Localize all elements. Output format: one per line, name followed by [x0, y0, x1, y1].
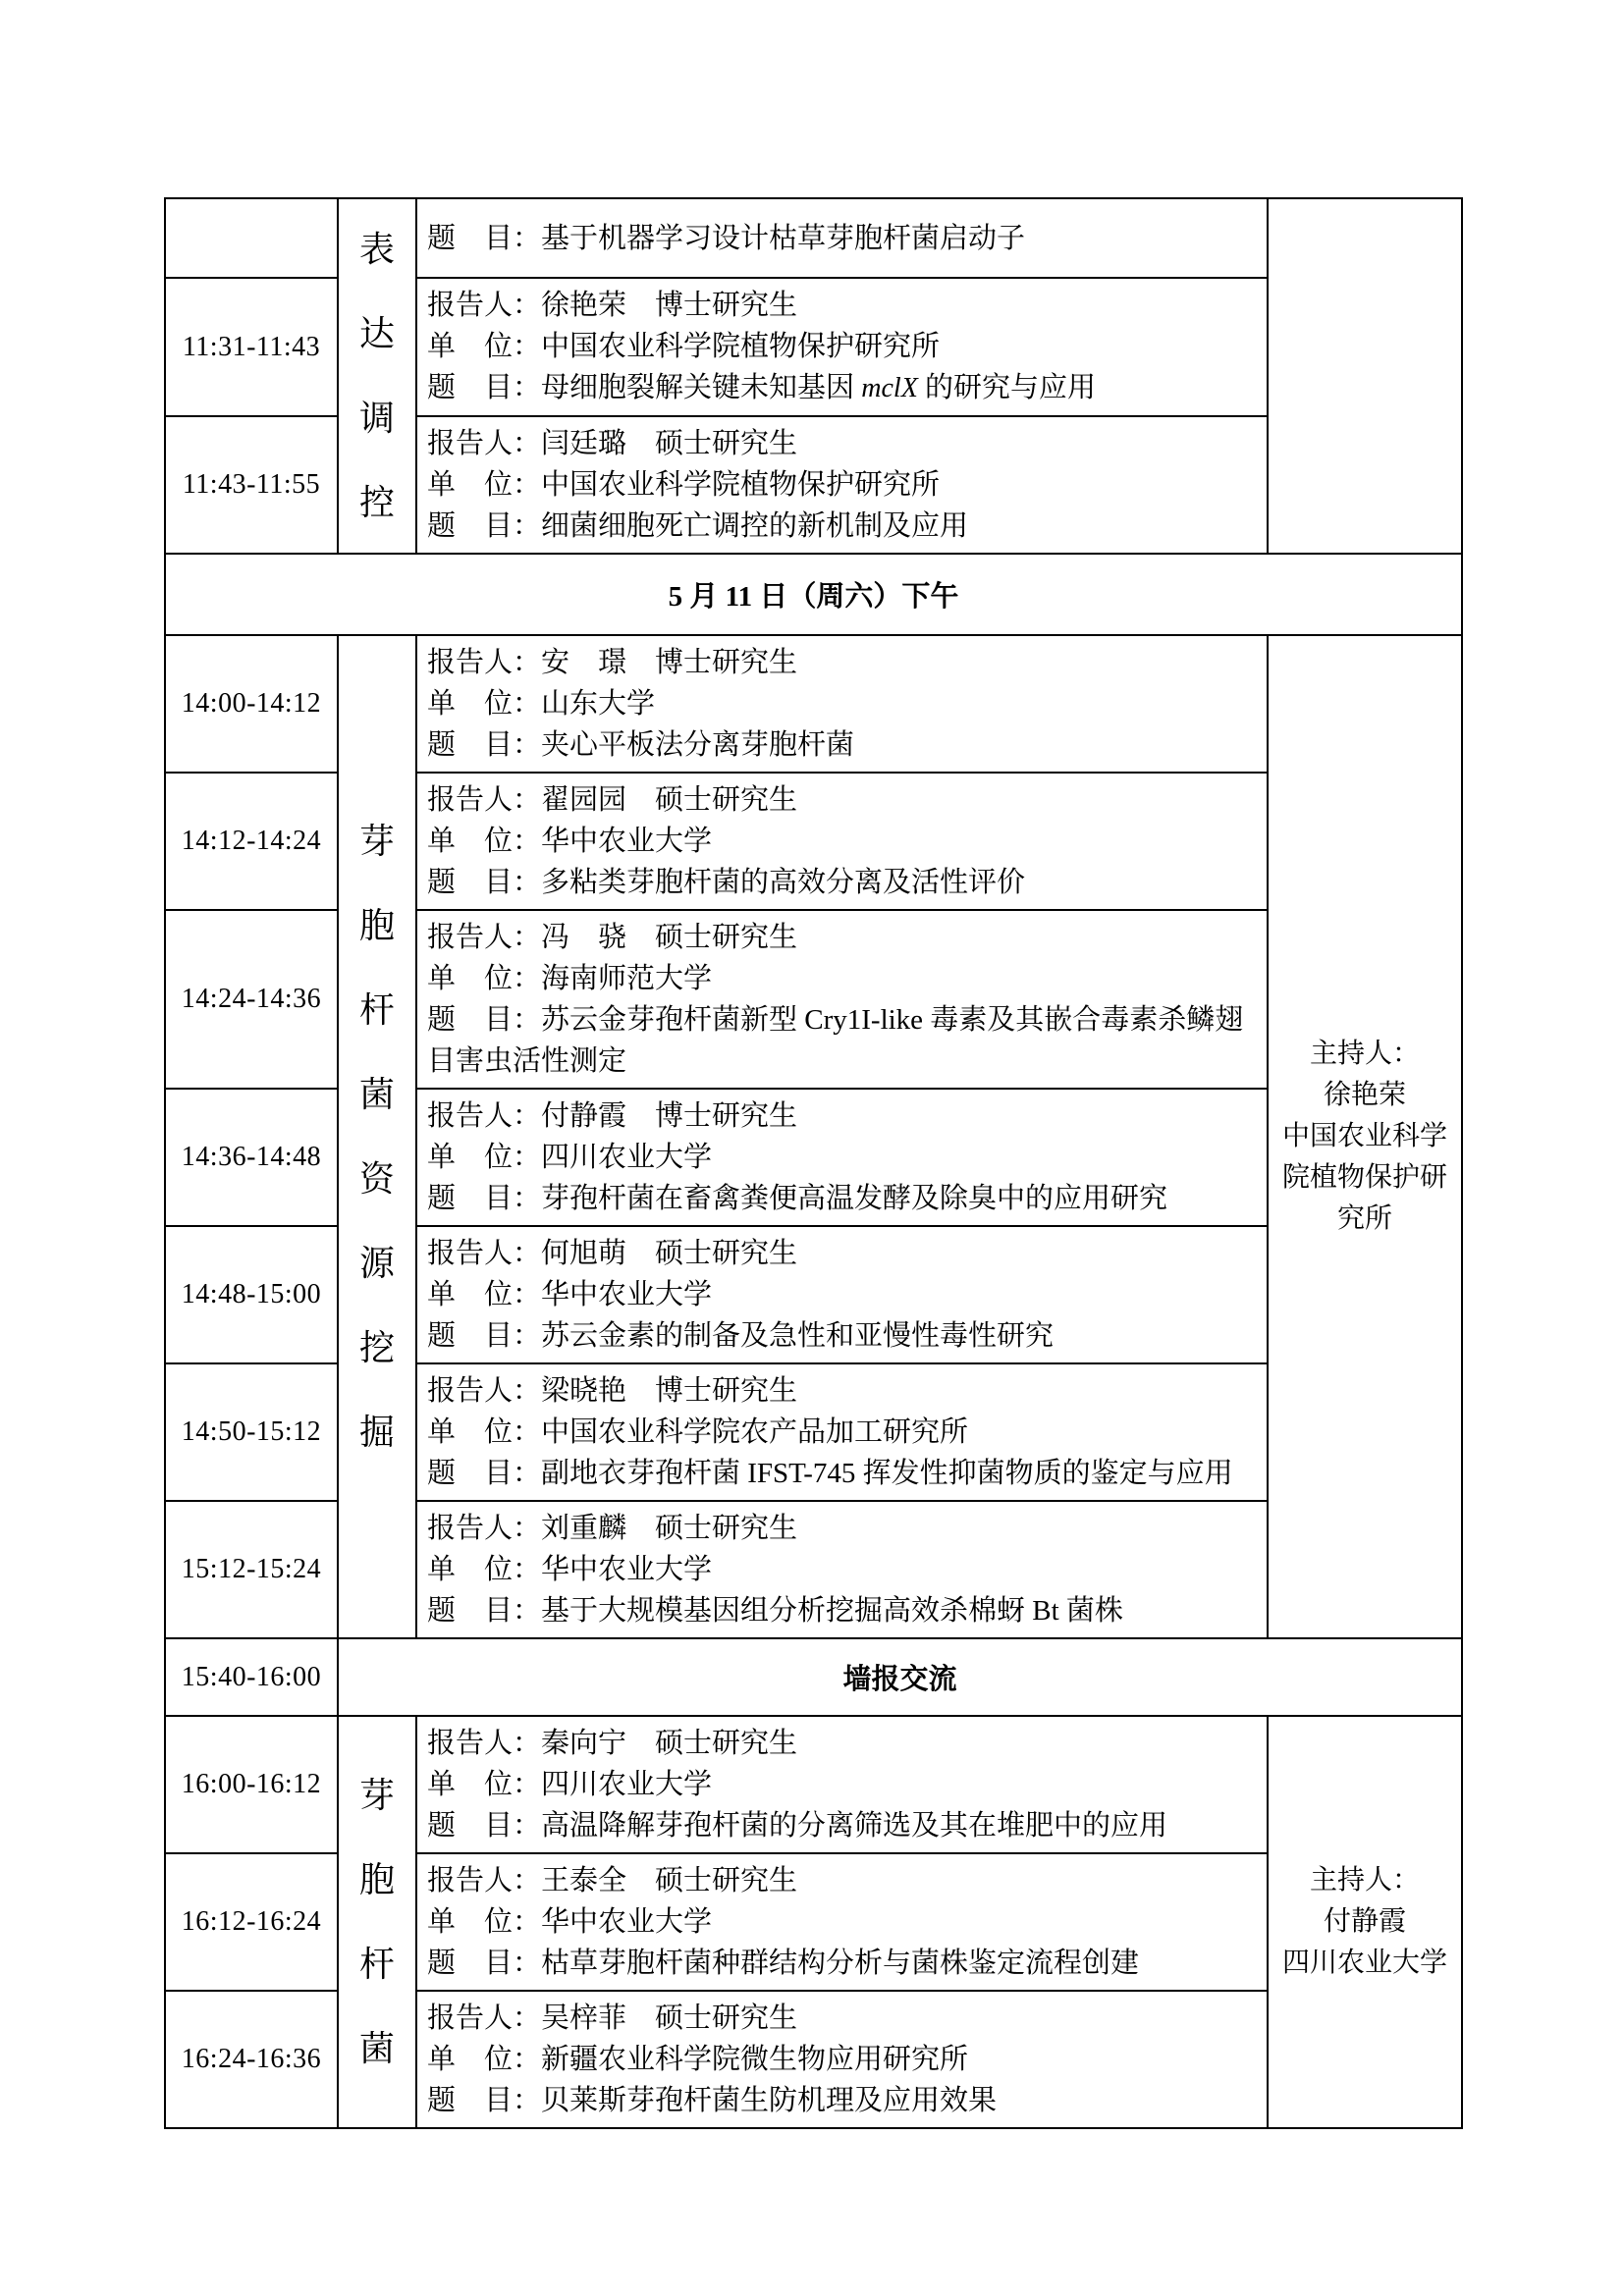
affiliation-line: 单 位：四川农业大学 — [427, 1764, 1257, 1805]
time-cell: 16:12-16:24 — [165, 1853, 338, 1991]
poster-session-label: 墙报交流 — [338, 1638, 1462, 1716]
session-char: 芽 — [359, 824, 395, 859]
content-cell: 报告人：梁晓艳 博士研究生 单 位：中国农业科学院农产品加工研究所 题 目：副地… — [416, 1363, 1268, 1501]
session-char: 杆 — [359, 1947, 395, 1982]
content-cell: 报告人：闫廷璐 硕士研究生 单 位：中国农业科学院植物保护研究所 题 目：细菌细… — [416, 416, 1268, 554]
affiliation-line: 单 位：华中农业大学 — [427, 1901, 1257, 1943]
title-line: 题 目：贝莱斯芽孢杆菌生防机理及应用效果 — [427, 2080, 1257, 2121]
content-cell: 报告人：吴梓菲 硕士研究生 单 位：新疆农业科学院微生物应用研究所 题 目：贝莱… — [416, 1991, 1268, 2128]
speaker-line: 报告人：秦向宁 硕士研究生 — [427, 1723, 1257, 1764]
moderator-org: 四川农业大学 — [1280, 1943, 1449, 1984]
section-header-row: 5 月 11 日（周六）下午 — [165, 554, 1462, 635]
session-char: 胞 — [359, 908, 395, 943]
content-cell: 报告人：翟园园 硕士研究生 单 位：华中农业大学 题 目：多粘类芽胞杆菌的高效分… — [416, 773, 1268, 910]
session-char: 杆 — [359, 992, 395, 1028]
title-line: 题 目：基于大规模基因组分析挖掘高效杀棉蚜 Bt 菌株 — [427, 1590, 1257, 1631]
affiliation-line: 单 位：华中农业大学 — [427, 821, 1257, 862]
title-line: 题 目：基于机器学习设计枯草芽胞杆菌启动子 — [427, 218, 1257, 259]
time-cell: 15:12-15:24 — [165, 1501, 338, 1638]
content-cell: 报告人：王泰全 硕士研究生 单 位：华中农业大学 题 目：枯草芽胞杆菌种群结构分… — [416, 1853, 1268, 1991]
title-line: 题 目：苏云金芽孢杆菌新型 Cry1I-like 毒素及其嵌合毒素杀鳞翅目害虫活… — [427, 999, 1257, 1082]
time-cell: 14:48-15:00 — [165, 1226, 338, 1363]
time-cell: 16:00-16:12 — [165, 1716, 338, 1853]
content-cell: 题 目：基于机器学习设计枯草芽胞杆菌启动子 — [416, 198, 1268, 278]
affiliation-line: 单 位：中国农业科学院农产品加工研究所 — [427, 1412, 1257, 1453]
moderator-cell: 主持人： 付静霞 四川农业大学 — [1268, 1716, 1462, 2128]
speaker-line: 报告人：梁晓艳 博士研究生 — [427, 1370, 1257, 1412]
affiliation-line: 单 位：海南师范大学 — [427, 958, 1257, 999]
poster-row: 15:40-16:00 墙报交流 — [165, 1638, 1462, 1716]
title-gene-italic: mclX — [861, 373, 918, 403]
affiliation-line: 单 位：中国农业科学院植物保护研究所 — [427, 326, 1257, 367]
session-char: 资 — [359, 1161, 395, 1197]
affiliation-line: 单 位：四川农业大学 — [427, 1137, 1257, 1178]
content-cell: 报告人：冯 骁 硕士研究生 单 位：海南师范大学 题 目：苏云金芽孢杆菌新型 C… — [416, 910, 1268, 1089]
session-char: 达 — [359, 316, 395, 351]
afternoon-session-header: 5 月 11 日（周六）下午 — [165, 554, 1462, 635]
affiliation-line: 单 位：山东大学 — [427, 683, 1257, 724]
content-cell: 报告人：刘重麟 硕士研究生 单 位：华中农业大学 题 目：基于大规模基因组分析挖… — [416, 1501, 1268, 1638]
content-cell: 报告人：付静霞 博士研究生 单 位：四川农业大学 题 目：芽孢杆菌在畜禽粪便高温… — [416, 1089, 1268, 1226]
time-cell — [165, 198, 338, 278]
session-char: 菌 — [359, 1077, 395, 1112]
speaker-line: 报告人：翟园园 硕士研究生 — [427, 779, 1257, 821]
speaker-line: 报告人：吴梓菲 硕士研究生 — [427, 1998, 1257, 2039]
session-char: 菌 — [359, 2031, 395, 2066]
session-cell-yabaoganjun-ziyuan-wajue: 芽 胞 杆 菌 资 源 挖 掘 — [338, 635, 416, 1638]
session-cell-biaoda-tiaokong: 表 达 调 控 — [338, 198, 416, 554]
affiliation-line: 单 位：华中农业大学 — [427, 1549, 1257, 1590]
title-line: 题 目：苏云金素的制备及急性和亚慢性毒性研究 — [427, 1315, 1257, 1357]
title-line: 题 目：枯草芽胞杆菌种群结构分析与菌株鉴定流程创建 — [427, 1943, 1257, 1984]
title-line: 题 目：副地衣芽孢杆菌 IFST-745 挥发性抑菌物质的鉴定与应用 — [427, 1453, 1257, 1494]
content-cell: 报告人：徐艳荣 博士研究生 单 位：中国农业科学院植物保护研究所 题 目：母细胞… — [416, 278, 1268, 416]
session-char: 掘 — [359, 1415, 395, 1450]
affiliation-line: 单 位：中国农业科学院植物保护研究所 — [427, 464, 1257, 506]
table-row: 表 达 调 控 题 目：基于机器学习设计枯草芽胞杆菌启动子 — [165, 198, 1462, 278]
time-cell: 11:31-11:43 — [165, 278, 338, 416]
conference-program-table: 表 达 调 控 题 目：基于机器学习设计枯草芽胞杆菌启动子 11:31-11:4… — [164, 197, 1463, 2129]
session-char: 控 — [359, 485, 395, 520]
title-line: 题 目：高温降解芽孢杆菌的分离筛选及其在堆肥中的应用 — [427, 1805, 1257, 1846]
moderator-org: 中国农业科学院植物保护研究所 — [1280, 1116, 1449, 1240]
title-line: 题 目：夹心平板法分离芽胞杆菌 — [427, 724, 1257, 766]
affiliation-line: 单 位：华中农业大学 — [427, 1274, 1257, 1315]
time-cell: 11:43-11:55 — [165, 416, 338, 554]
time-cell: 14:24-14:36 — [165, 910, 338, 1089]
session-label: 芽 胞 杆 菌 — [339, 1778, 415, 2066]
affiliation-line: 单 位：新疆农业科学院微生物应用研究所 — [427, 2039, 1257, 2080]
title-line: 题 目：芽孢杆菌在畜禽粪便高温发酵及除臭中的应用研究 — [427, 1178, 1257, 1219]
session-label: 表 达 调 控 — [339, 232, 415, 520]
session-char: 调 — [359, 400, 395, 436]
speaker-line: 报告人：付静霞 博士研究生 — [427, 1095, 1257, 1137]
session-char: 芽 — [359, 1778, 395, 1813]
page: { "table": { "session1": { "chars": ["表"… — [0, 0, 1624, 2296]
title-line: 题 目：细菌细胞死亡调控的新机制及应用 — [427, 506, 1257, 547]
moderator-label: 主持人： — [1280, 1860, 1449, 1901]
session-label: 芽 胞 杆 菌 资 源 挖 掘 — [339, 824, 415, 1450]
title-line: 题 目：母细胞裂解关键未知基因 mclX 的研究与应用 — [427, 367, 1257, 409]
moderator-cell-empty — [1268, 198, 1462, 554]
speaker-line: 报告人：刘重麟 硕士研究生 — [427, 1508, 1257, 1549]
session-char: 挖 — [359, 1330, 395, 1365]
moderator-label: 主持人： — [1280, 1034, 1449, 1075]
time-cell: 16:24-16:36 — [165, 1991, 338, 2128]
time-cell: 14:50-15:12 — [165, 1363, 338, 1501]
table-row: 14:00-14:12 芽 胞 杆 菌 资 源 挖 掘 报告人：安 璟 博士研究… — [165, 635, 1462, 773]
session-cell-yabaoganjun: 芽 胞 杆 菌 — [338, 1716, 416, 2128]
session-char: 表 — [359, 232, 395, 267]
speaker-line: 报告人：安 璟 博士研究生 — [427, 642, 1257, 683]
speaker-line: 报告人：冯 骁 硕士研究生 — [427, 917, 1257, 958]
title-text: 的研究与应用 — [918, 372, 1096, 403]
moderator-name: 徐艳荣 — [1280, 1075, 1449, 1116]
content-cell: 报告人：安 璟 博士研究生 单 位：山东大学 题 目：夹心平板法分离芽胞杆菌 — [416, 635, 1268, 773]
speaker-line: 报告人：徐艳荣 博士研究生 — [427, 285, 1257, 326]
content-cell: 报告人：何旭萌 硕士研究生 单 位：华中农业大学 题 目：苏云金素的制备及急性和… — [416, 1226, 1268, 1363]
moderator-name: 付静霞 — [1280, 1901, 1449, 1943]
content-cell: 报告人：秦向宁 硕士研究生 单 位：四川农业大学 题 目：高温降解芽孢杆菌的分离… — [416, 1716, 1268, 1853]
title-line: 题 目：多粘类芽胞杆菌的高效分离及活性评价 — [427, 862, 1257, 903]
speaker-line: 报告人：闫廷璐 硕士研究生 — [427, 423, 1257, 464]
moderator-cell: 主持人： 徐艳荣 中国农业科学院植物保护研究所 — [1268, 635, 1462, 1638]
title-text: 题 目：母细胞裂解关键未知基因 — [427, 372, 861, 403]
speaker-line: 报告人：王泰全 硕士研究生 — [427, 1860, 1257, 1901]
time-cell: 14:12-14:24 — [165, 773, 338, 910]
session-char: 源 — [359, 1246, 395, 1281]
table-row: 16:00-16:12 芽 胞 杆 菌 报告人：秦向宁 硕士研究生 单 位：四川… — [165, 1716, 1462, 1853]
speaker-line: 报告人：何旭萌 硕士研究生 — [427, 1233, 1257, 1274]
time-cell: 15:40-16:00 — [165, 1638, 338, 1716]
time-cell: 14:00-14:12 — [165, 635, 338, 773]
time-cell: 14:36-14:48 — [165, 1089, 338, 1226]
session-char: 胞 — [359, 1862, 395, 1897]
